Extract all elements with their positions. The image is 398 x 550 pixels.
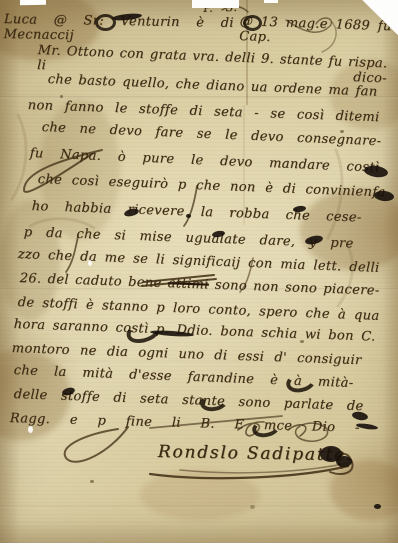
speck — [340, 130, 344, 133]
date-line: @ 13 mag.e 1689 fu Cap. — [239, 15, 392, 50]
speck — [300, 340, 304, 343]
letter-line-with-strikethrough: 26. del caduto bene attimi sono non sono… — [19, 272, 379, 299]
ink-blot — [186, 214, 191, 218]
torn-edge-notch — [264, 0, 278, 3]
paper-hole — [88, 260, 92, 266]
letter-line: fu Napa. ò pure le devo mandare costì — [29, 147, 379, 177]
ink-blot — [374, 504, 381, 509]
ink-ring — [243, 15, 262, 31]
speck — [160, 350, 163, 353]
paper-sheet: P. S. Luca @ Sr: Venturin è di Mecnaccij… — [0, 0, 398, 543]
letter-line: che così eseguirò p che non è di convini… — [37, 173, 385, 201]
torn-edge-notch — [192, 0, 239, 8]
ink-blot — [363, 164, 388, 178]
stain — [140, 470, 260, 520]
ink-ring — [95, 14, 116, 31]
struck-line-post: sono non sono piacere- — [208, 278, 379, 299]
crease-horizontal — [0, 505, 398, 508]
speck — [90, 480, 94, 483]
letter-line: ho habbia ricevere la robba che cese- — [31, 200, 361, 226]
speck — [230, 210, 233, 213]
ink-crescent — [284, 368, 318, 395]
letter-line: che ne devo fare se le devo consegnare- — [41, 121, 381, 150]
torn-edge-notch — [20, 0, 46, 5]
struck-word: attimi — [168, 276, 209, 292]
stain — [330, 460, 398, 520]
speck — [60, 95, 63, 98]
letter-line: Ragg. e p fine li B. E mce Dio - — [10, 412, 360, 437]
signature-ink-blob — [336, 456, 352, 467]
manuscript-scan: P. S. Luca @ Sr: Venturin è di Mecnaccij… — [0, 0, 398, 550]
paper-hole — [28, 426, 33, 433]
crease-horizontal — [0, 521, 398, 524]
speck — [250, 505, 255, 509]
